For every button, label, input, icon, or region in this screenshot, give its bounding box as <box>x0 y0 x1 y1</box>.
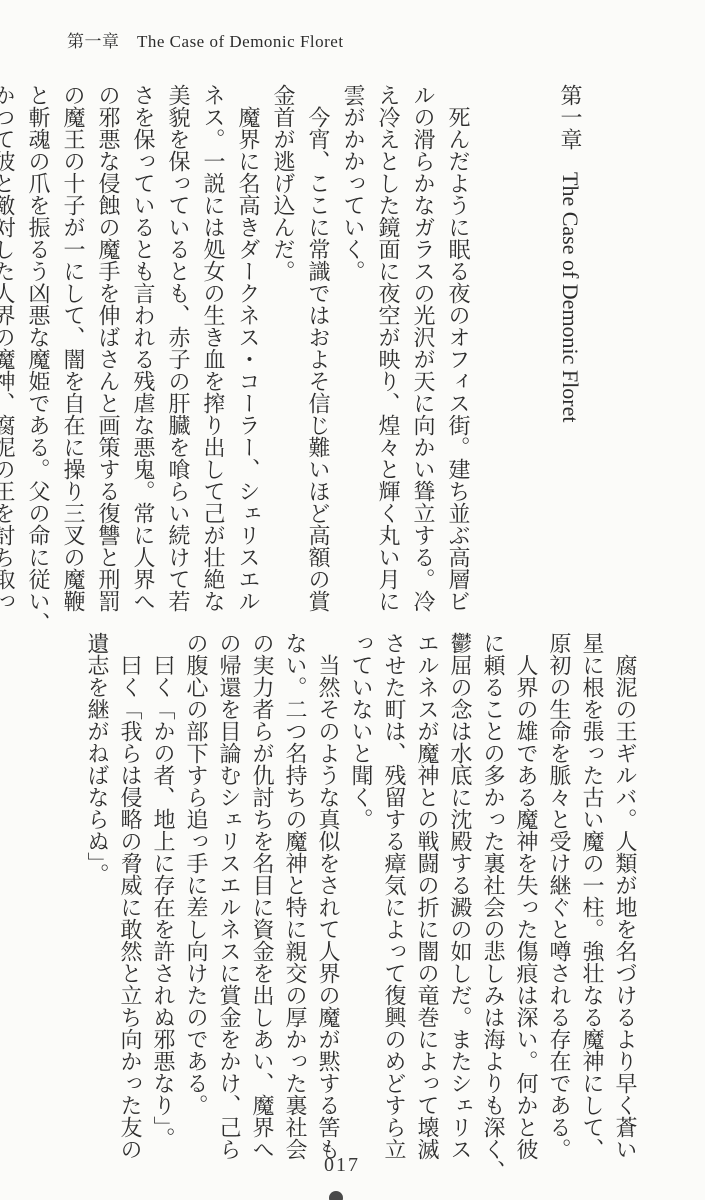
page-bottom-ornament-icon <box>329 1191 343 1200</box>
chapter-body-block: 腐泥の王ギルバ。人類が地を名づけるより早く蒼い 星に根を張った古い魔の一柱。強壮… <box>81 632 642 1192</box>
book-page: 第一章 The Case of Demonic Floret 第一章 The C… <box>0 0 705 1200</box>
chapter-heading-vertical: 第一章 The Case of Demonic Floret <box>553 84 588 644</box>
opening-paragraphs: 死んだように眠る夜のオフィス街。建ち並ぶ高層ビ ルの滑らかなガラスの光沢が天に向… <box>0 84 476 644</box>
running-header: 第一章 The Case of Demonic Floret <box>67 27 344 52</box>
chapter-opening-block: 第一章 The Case of Demonic Floret 死んだように眠る夜… <box>0 84 623 644</box>
page-number: 017 <box>324 1154 360 1177</box>
